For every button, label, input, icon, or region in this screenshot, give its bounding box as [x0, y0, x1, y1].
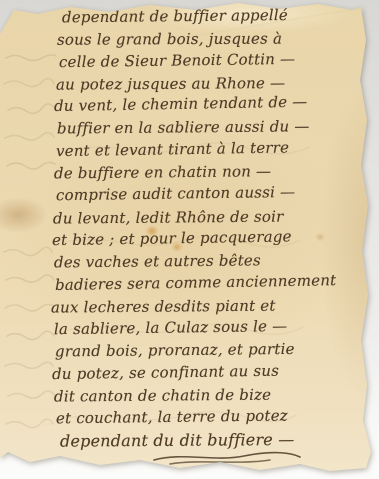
manuscript-line: celle de Sieur Benoit Cottin —	[0, 46, 373, 74]
manuscript-page: dependant de buffier appellé sous le gra…	[0, 0, 379, 479]
paper-shadow: dependant de buffier appellé sous le gra…	[0, 0, 379, 479]
manuscript-line: dependant de buffier appellé	[0, 3, 373, 29]
manuscript-line: et couchant, la terre du potez	[0, 404, 373, 431]
handwritten-text: dependant de buffier appellé sous le gra…	[0, 7, 373, 453]
underline-flourish-icon	[152, 449, 302, 467]
manuscript-line: comprise audit canton aussi —	[0, 180, 373, 208]
photo-background: dependant de buffier appellé sous le gra…	[0, 0, 379, 479]
manuscript-line: du potez, se confinant au sus	[0, 358, 373, 386]
